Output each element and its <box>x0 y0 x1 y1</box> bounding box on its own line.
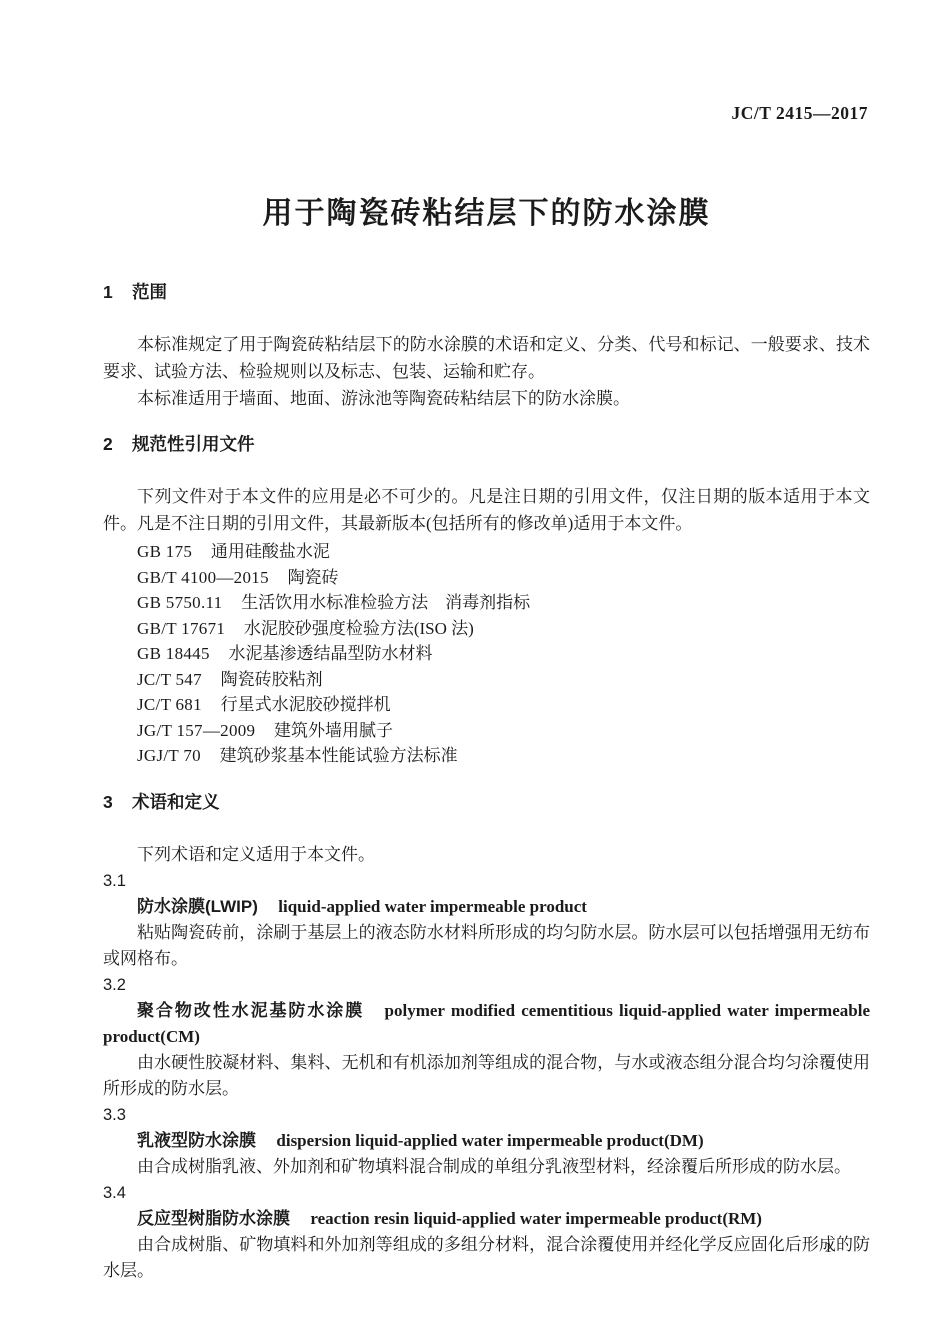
reference-item: JC/T 681行星式水泥胶砂搅拌机 <box>103 692 870 718</box>
section-1-heading: 1范围 <box>103 279 870 304</box>
reference-title: 陶瓷砖 <box>288 568 339 587</box>
reference-code: JG/T 157—2009 <box>137 721 255 740</box>
term-english: dispersion liquid-applied water impermea… <box>276 1131 703 1150</box>
reference-list: GB 175通用硅酸盐水泥 GB/T 4100—2015陶瓷砖 GB 5750.… <box>103 539 870 769</box>
section-1-paragraph-2: 本标准适用于墙面、地面、游泳池等陶瓷砖粘结层下的防水涂膜。 <box>103 385 870 412</box>
reference-item: GB 18445水泥基渗透结晶型防水材料 <box>103 641 870 667</box>
reference-item: JGJ/T 70建筑砂浆基本性能试验方法标准 <box>103 743 870 769</box>
reference-title: 陶瓷砖胶粘剂 <box>221 670 323 689</box>
section-2-number: 2 <box>103 434 113 454</box>
reference-item: JC/T 547陶瓷砖胶粘剂 <box>103 667 870 693</box>
document-page: JC/T 2415—2017 用于陶瓷砖粘结层下的防水涂膜 1范围 本标准规定了… <box>0 0 950 1335</box>
term-heading: 防水涂膜(LWIP)liquid-applied water impermeab… <box>103 894 870 920</box>
term-number: 3.3 <box>103 1103 870 1128</box>
reference-code: JGJ/T 70 <box>137 746 201 765</box>
term-definition: 粘贴陶瓷砖前，涂刷于基层上的液态防水材料所形成的均匀防水层。防水层可以包括增强用… <box>103 920 870 972</box>
reference-title: 水泥基渗透结晶型防水材料 <box>228 644 432 663</box>
term-number: 3.4 <box>103 1181 870 1206</box>
term-heading: 乳液型防水涂膜dispersion liquid-applied water i… <box>103 1128 870 1154</box>
reference-code: JC/T 681 <box>137 695 202 714</box>
section-3-heading: 3术语和定义 <box>103 789 870 814</box>
reference-code: GB/T 17671 <box>137 619 225 638</box>
reference-code: GB 5750.11 <box>137 593 223 612</box>
reference-item: GB 175通用硅酸盐水泥 <box>103 539 870 565</box>
section-1-number: 1 <box>103 282 113 302</box>
standard-code: JC/T 2415—2017 <box>732 103 868 124</box>
term-chinese: 反应型树脂防水涂膜 <box>137 1209 290 1228</box>
section-2-paragraph-1: 下列文件对于本文件的应用是必不可少的。凡是注日期的引用文件，仅注日期的版本适用于… <box>103 483 870 537</box>
term-definition: 由合成树脂、矿物填料和外加剂等组成的多组分材料，混合涂覆使用并经化学反应固化后形… <box>103 1232 870 1284</box>
term-heading: 聚合物改性水泥基防水涂膜polymer modified cementitiou… <box>103 998 870 1050</box>
term-english: reaction resin liquid-applied water impe… <box>310 1209 762 1228</box>
document-title: 用于陶瓷砖粘结层下的防水涂膜 <box>103 188 870 232</box>
term-number: 3.2 <box>103 973 870 998</box>
section-2-title: 规范性引用文件 <box>132 434 255 454</box>
term-english: liquid-applied water impermeable product <box>278 897 587 916</box>
reference-title: 建筑外墙用腻子 <box>274 721 393 740</box>
section-2-heading: 2规范性引用文件 <box>103 431 870 456</box>
reference-item: GB/T 17671水泥胶砂强度检验方法(ISO 法) <box>103 616 870 642</box>
term-chinese: 防水涂膜(LWIP) <box>137 897 258 916</box>
reference-item: GB/T 4100—2015陶瓷砖 <box>103 565 870 591</box>
term-chinese: 乳液型防水涂膜 <box>137 1131 256 1150</box>
section-1-paragraph-1: 本标准规定了用于陶瓷砖粘结层下的防水涂膜的术语和定义、分类、代号和标记、一般要求… <box>103 331 870 385</box>
reference-title: 建筑砂浆基本性能试验方法标准 <box>220 746 458 765</box>
reference-code: GB 175 <box>137 542 192 561</box>
term-definition: 由合成树脂乳液、外加剂和矿物填料混合制成的单组分乳液型材料，经涂覆后所形成的防水… <box>103 1154 870 1180</box>
reference-item: JG/T 157—2009建筑外墙用腻子 <box>103 718 870 744</box>
reference-item: GB 5750.11生活饮用水标准检验方法 消毒剂指标 <box>103 590 870 616</box>
reference-code: GB 18445 <box>137 644 210 663</box>
section-1-title: 范围 <box>132 282 167 302</box>
reference-code: JC/T 547 <box>137 670 202 689</box>
reference-title: 水泥胶砂强度检验方法(ISO 法) <box>244 619 474 638</box>
term-chinese: 聚合物改性水泥基防水涂膜 <box>137 1001 364 1020</box>
section-3-title: 术语和定义 <box>132 792 220 812</box>
page-number: 1 <box>825 1240 833 1257</box>
section-3-number: 3 <box>103 792 113 812</box>
term-definition: 由水硬性胶凝材料、集料、无机和有机添加剂等组成的混合物，与水或液态组分混合均匀涂… <box>103 1050 870 1102</box>
term-number: 3.1 <box>103 869 870 894</box>
reference-code: GB/T 4100—2015 <box>137 568 269 587</box>
reference-title: 通用硅酸盐水泥 <box>211 542 330 561</box>
term-heading: 反应型树脂防水涂膜reaction resin liquid-applied w… <box>103 1206 870 1232</box>
reference-title: 生活饮用水标准检验方法 消毒剂指标 <box>241 593 530 612</box>
section-3-intro: 下列术语和定义适用于本文件。 <box>103 841 870 868</box>
reference-title: 行星式水泥胶砂搅拌机 <box>221 695 391 714</box>
